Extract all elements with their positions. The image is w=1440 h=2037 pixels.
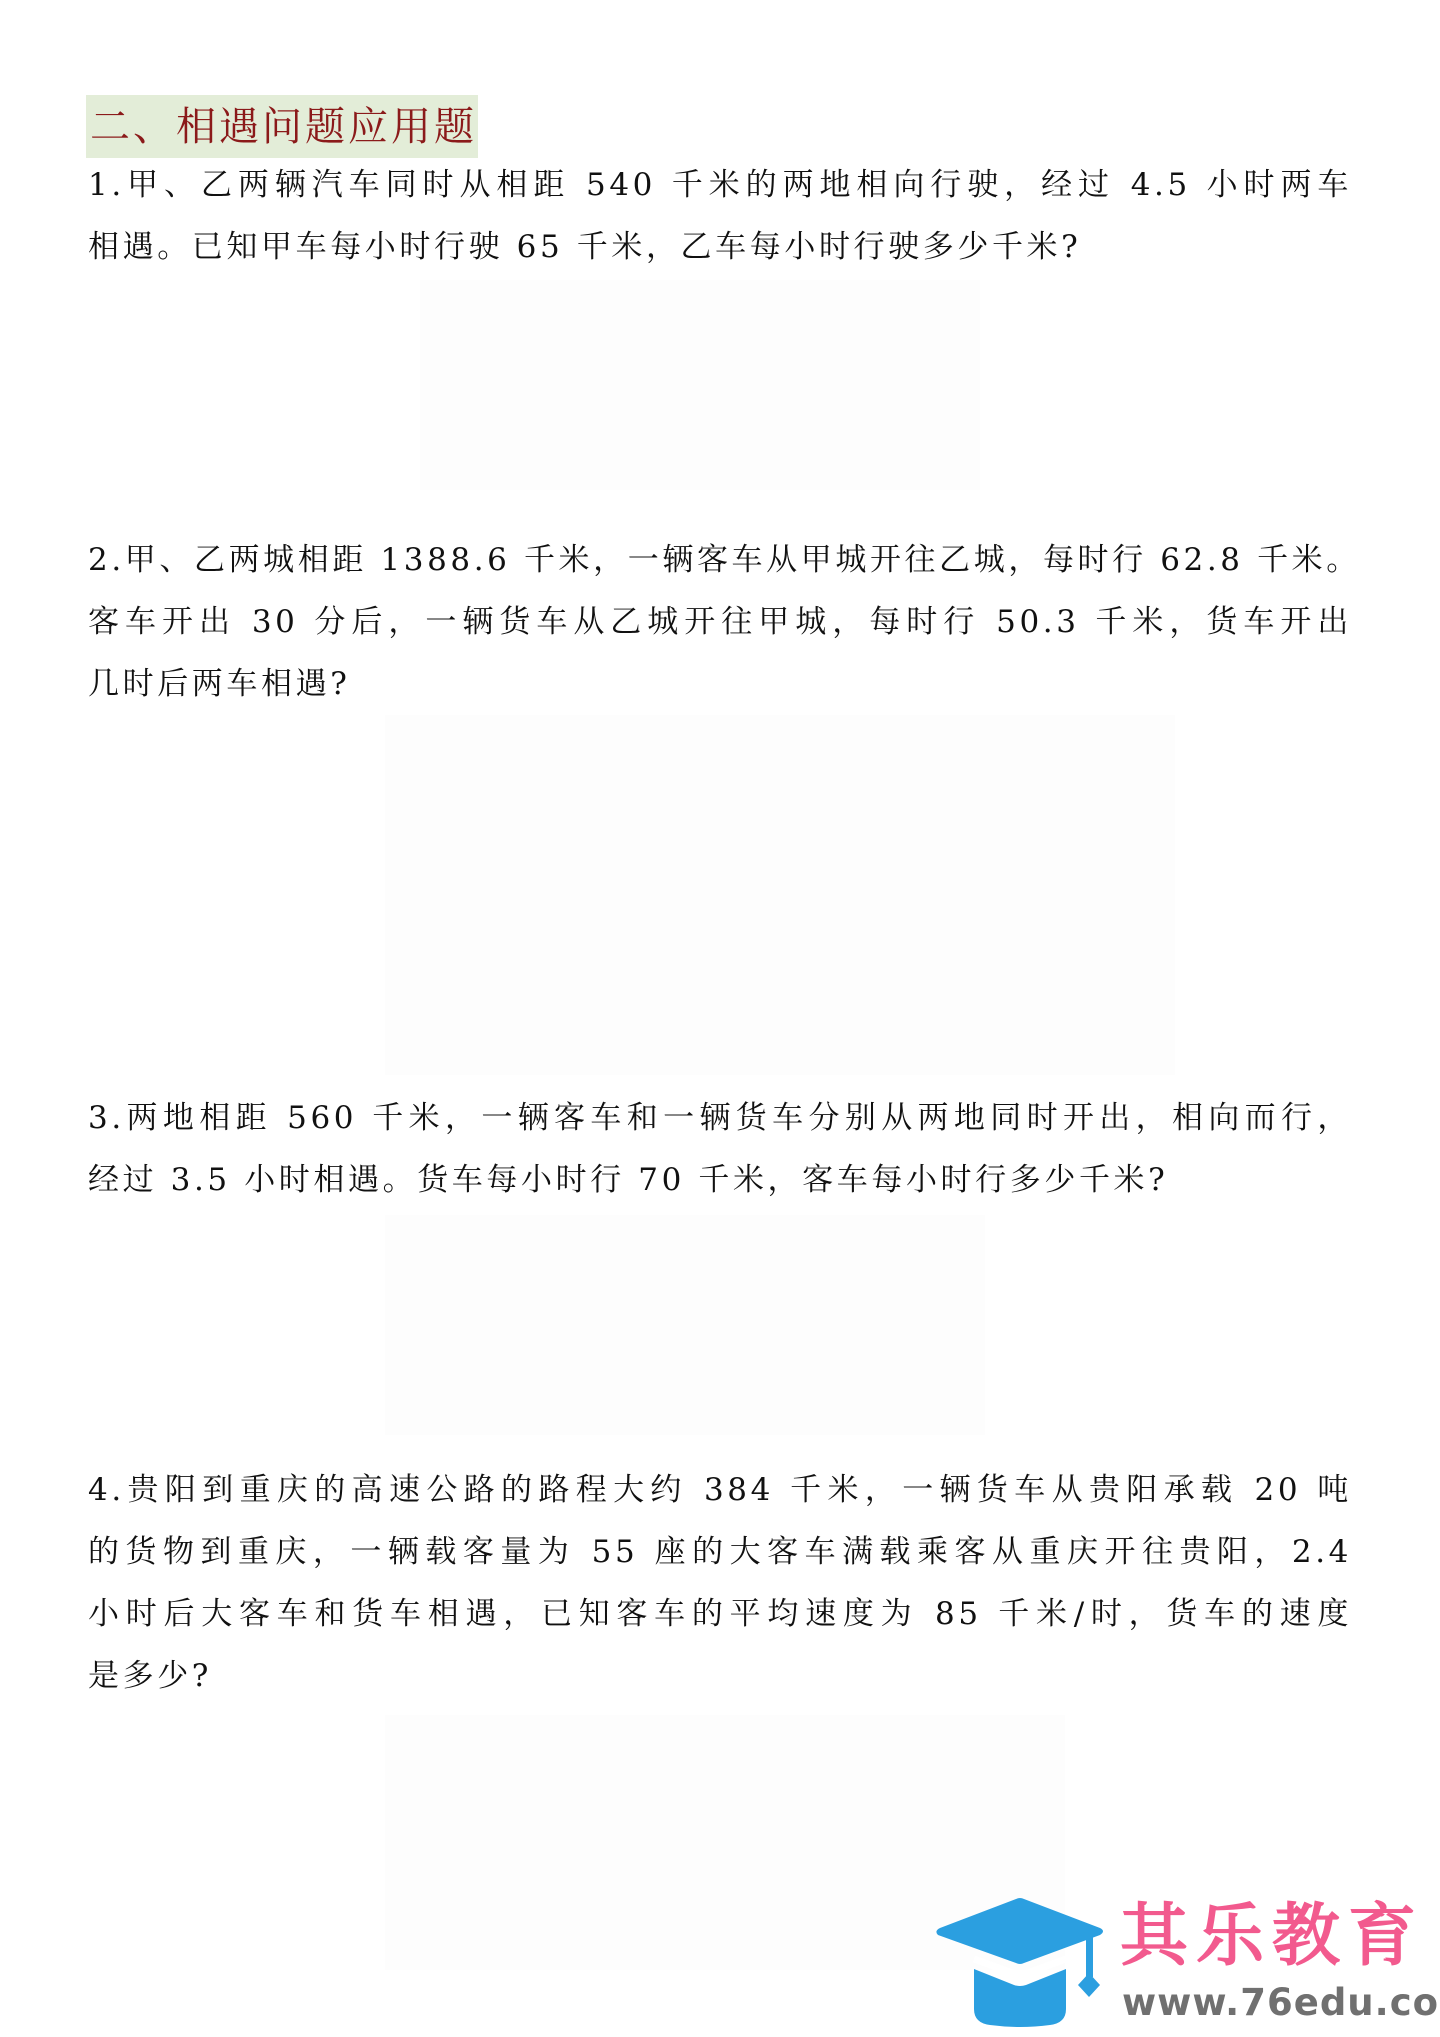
brand-logo: 其乐教育 www.76edu.com: [930, 1893, 1435, 2033]
answer-space-3: [385, 1215, 985, 1435]
question-2-line-2: 客车开出 30 分后，一辆货车从乙城开往甲城，每时行 50.3 千米，货车开出: [88, 600, 1352, 644]
question-1-line-2: 相遇。已知甲车每小时行驶 65 千米，乙车每小时行驶多少千米?: [88, 225, 1352, 269]
question-2-line-1: 2.甲、乙两城相距 1388.6 千米，一辆客车从甲城开往乙城，每时行 62.8…: [88, 538, 1352, 582]
worksheet-page: 二、相遇问题应用题 1.甲、乙两辆汽车同时从相距 540 千米的两地相向行驶，经…: [0, 0, 1440, 2037]
answer-space-2: [385, 715, 1175, 1075]
brand-name: 其乐教育: [1120, 1899, 1430, 1975]
brand-url: www.76edu.com: [1122, 1981, 1432, 2025]
question-4-line-4: 是多少?: [88, 1654, 1352, 1698]
question-3-line-1: 3.两地相距 560 千米，一辆客车和一辆货车分别从两地同时开出，相向而行，: [88, 1096, 1352, 1140]
question-2-line-3: 几时后两车相遇?: [88, 662, 1352, 706]
answer-space-1: [420, 280, 980, 490]
graduation-cap-icon: [934, 1897, 1106, 2029]
question-3-line-2: 经过 3.5 小时相遇。货车每小时行 70 千米，客车每小时行多少千米?: [88, 1158, 1352, 1202]
question-1-line-1: 1.甲、乙两辆汽车同时从相距 540 千米的两地相向行驶，经过 4.5 小时两车: [88, 163, 1352, 207]
section-heading: 二、相遇问题应用题: [86, 95, 478, 158]
section-title: 二、相遇问题应用题: [90, 107, 477, 147]
question-4-line-3: 小时后大客车和货车相遇，已知客车的平均速度为 85 千米/时，货车的速度: [88, 1592, 1352, 1636]
question-4-line-1: 4.贵阳到重庆的高速公路的路程大约 384 千米，一辆货车从贵阳承载 20 吨: [88, 1468, 1352, 1512]
question-4-line-2: 的货物到重庆，一辆载客量为 55 座的大客车满载乘客从重庆开往贵阳，2.4: [88, 1530, 1352, 1574]
